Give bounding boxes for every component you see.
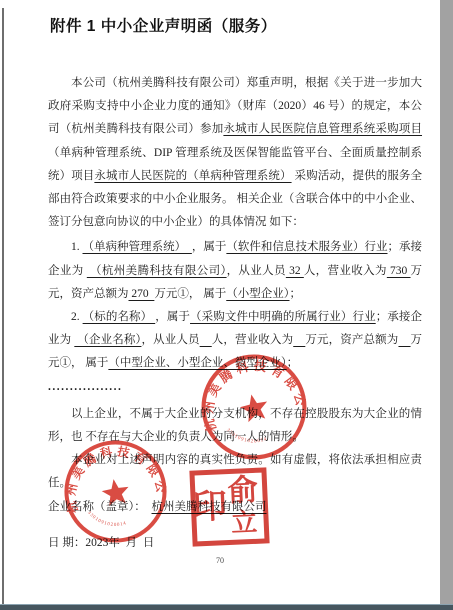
text-segment: 人，营业收入为 xyxy=(304,265,387,277)
text-segment xyxy=(200,334,212,346)
text-segment: （标的名称） xyxy=(83,311,156,323)
svg-text:3301091020014: 3301091020014 xyxy=(86,505,128,533)
text-segment: 32 xyxy=(286,265,304,277)
text-segment: ，从业人员 xyxy=(227,265,286,277)
seal-registration-number: 3301091020014 xyxy=(224,420,268,451)
text-segment: （小型企业） xyxy=(226,288,289,300)
company-seal-stamp-lower: 杭州美腾科技有限公司 3301091020014 xyxy=(54,430,176,552)
paragraph-item-1: 1. （单病种管理系统） ，属于（软件和信息技术服务业）行业；承接企业为 （杭州… xyxy=(48,236,422,306)
text-segment xyxy=(398,334,410,346)
seal-char-yin: 印 xyxy=(195,474,226,541)
text-segment: （采购文件中明确的所属行业）行业 xyxy=(190,311,376,323)
svg-text:3301091020014: 3301091020014 xyxy=(224,420,268,451)
company-seal-stamp-upper: 杭州美腾科技有限公司 3301091020014 xyxy=(189,342,319,472)
text-segment: （软件和信息技术服务业）行业 xyxy=(226,241,387,253)
doc-title: 附件 1 中小企业声明函（服务） xyxy=(50,14,277,36)
text-segment: 2. xyxy=(71,311,83,323)
text-segment: （企业名称） xyxy=(74,334,141,346)
text-segment: ，属于 xyxy=(155,311,190,323)
text-segment: （杭州美腾科技有限公司） xyxy=(87,265,227,277)
text-segment: 270 xyxy=(129,288,155,300)
scan-bottom-edge xyxy=(0,604,453,610)
text-segment: 永城市人民医院的（单病种管理系统） xyxy=(94,170,291,182)
seal-char-li: 立 xyxy=(231,509,258,536)
text-segment: ，从业人员 xyxy=(141,334,199,346)
text-segment: 永城市人民医院信息管理系统采购项目 xyxy=(223,123,422,135)
seal-registration-number: 3301091020014 xyxy=(86,505,128,533)
text-segment: 1. xyxy=(71,241,83,253)
seal-char-yu: 俞 xyxy=(227,476,258,507)
text-segment: 万元，资产总额为 xyxy=(305,334,398,346)
paragraph-declaration: 本公司（杭州美腾科技有限公司）郑重声明，根据《关于进一步加大政府采购支持中小企业… xyxy=(48,72,422,234)
document-page: 附件 1 中小企业声明函（服务） 本公司（杭州美腾科技有限公司）郑重声明，根据《… xyxy=(0,0,453,610)
personal-name-seal-stamp: 印 俞 立 xyxy=(189,467,269,546)
text-segment: 730 xyxy=(387,265,411,277)
scan-right-gray-band xyxy=(440,0,453,605)
scan-left-edge-line xyxy=(2,8,4,604)
star-icon xyxy=(238,392,271,424)
text-segment: ； xyxy=(290,288,302,300)
text-segment: 万元①， 属于 xyxy=(154,288,226,300)
page-number: 70 xyxy=(0,556,440,565)
text-segment: ，属于 xyxy=(192,241,227,253)
star-icon xyxy=(100,477,131,507)
text-segment: （单病种管理系统） xyxy=(83,241,192,253)
